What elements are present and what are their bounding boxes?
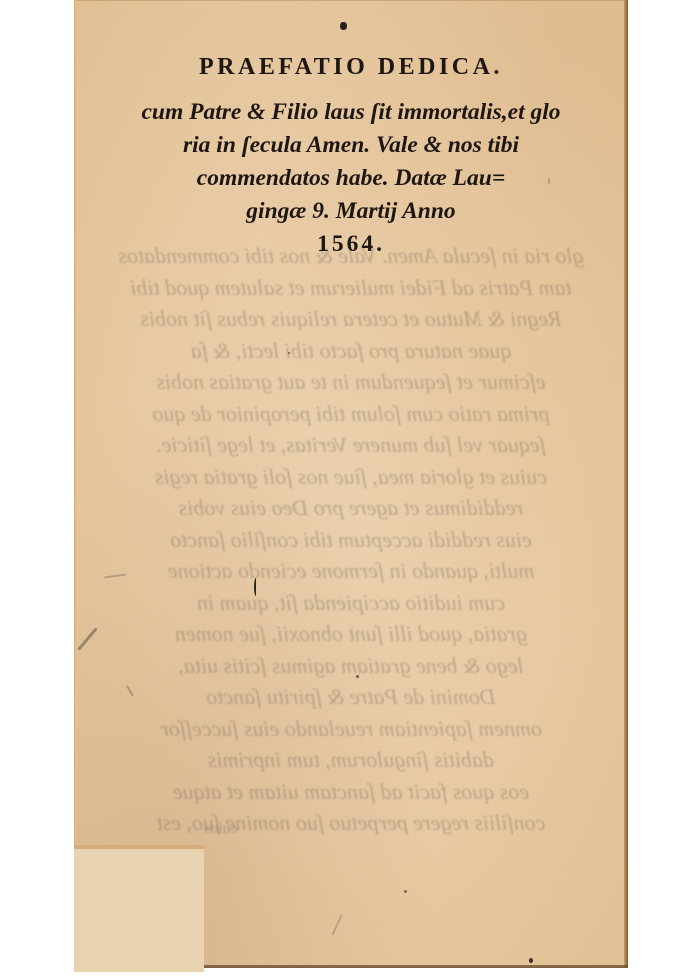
bleed-line: lego & bene gratiam agimus ſcitis uita, bbox=[74, 650, 628, 682]
bleed-line: eſcimur et ſequendum in te aut gratias n… bbox=[74, 366, 628, 398]
bleed-line: eos quos facit ad ſanctam uitam et atque bbox=[74, 776, 628, 808]
page-bottom-edge bbox=[204, 965, 628, 968]
bleed-line: gratia, quod illi ſunt obnoxii, ſue nome… bbox=[74, 618, 628, 650]
bleed-line: cum iuditio accipienda ſit, quam in bbox=[74, 587, 628, 619]
bleed-line: cuius et gloria mea, ſiue nos ſoli grati… bbox=[74, 461, 628, 493]
ink-bracket-mark bbox=[254, 578, 258, 596]
paper-scratch bbox=[331, 915, 342, 936]
ink-speck bbox=[356, 675, 359, 678]
ink-speck bbox=[288, 352, 290, 354]
bleed-line: Domini de Patre & ſpiritu ſancto bbox=[74, 681, 628, 713]
bleed-line: prima ratio cum ſolum tibi peropinior de… bbox=[74, 398, 628, 430]
bleed-line: dabitis ſingulorum, tum inprimis bbox=[74, 744, 628, 776]
bleed-line: multi, quando in ſermone eciendo actione bbox=[74, 555, 628, 587]
text-line-3: commendatos habe. Datæ Lau= bbox=[74, 162, 628, 195]
bleed-line: eius reddidi acceptum tibi conſilio ſanc… bbox=[74, 524, 628, 556]
paper-scratch bbox=[548, 178, 550, 184]
bleed-line: omnem ſapientiam reuelando eius ſucceſſo… bbox=[74, 713, 628, 745]
book-page: glo ria in ſecula Amen. Vale & nos tibi … bbox=[74, 0, 628, 968]
bleed-through-catchword: cuius bbox=[204, 820, 238, 838]
bleed-through-text: glo ria in ſecula Amen. Vale & nos tibi … bbox=[74, 240, 628, 839]
ink-speck bbox=[529, 958, 533, 963]
bleed-line: quae natura pro facto tibi lecti, & fa bbox=[74, 335, 628, 367]
bleed-line: Regni & Mutuo et cetera reliquis rebus ſ… bbox=[74, 303, 628, 335]
bleed-line: reddidimus et agere pro Deo eius vobis bbox=[74, 492, 628, 524]
ink-speck bbox=[404, 890, 407, 893]
header-ink-mark bbox=[340, 22, 347, 30]
text-line-year: 1564. bbox=[74, 228, 628, 261]
bleed-line: conſiliis regere perpetuo ſuo nomine ſuo… bbox=[74, 807, 628, 839]
body-text: cum Patre & Filio laus ſit immortalis,et… bbox=[74, 96, 628, 261]
bleed-line: tam Patris ad Fidei mulierum et salutem … bbox=[74, 272, 628, 304]
folded-corner bbox=[74, 845, 204, 972]
text-line-2: ria in ſecula Amen. Vale & nos tibi bbox=[74, 129, 628, 162]
bleed-line: ſequar vel ſub munere Veritas, et lege ſ… bbox=[74, 429, 628, 461]
text-line-4: gingæ 9. Martij Anno bbox=[74, 195, 628, 228]
page-title: PRAEFATIO DEDICA. bbox=[74, 54, 628, 81]
text-line-1: cum Patre & Filio laus ſit immortalis,et… bbox=[74, 96, 628, 129]
